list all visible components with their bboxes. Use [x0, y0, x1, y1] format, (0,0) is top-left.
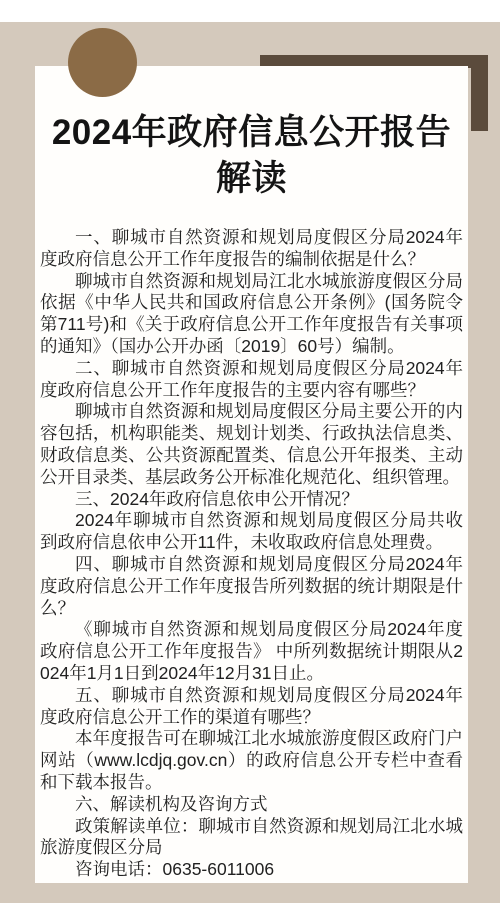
- page-title: 2024年政府信息公开报告解读: [40, 110, 463, 202]
- phone-number: 咨询电话：0635-6011006: [40, 859, 463, 881]
- section-paragraph: 本年度报告可在聊城江北水城旅游度假区政府门户网站（www.lcdjq.gov.c…: [40, 728, 463, 793]
- section-3: 三、2024年政府信息依申公开情况？ 2024年聊城市自然资源和规划局度假区分局…: [40, 489, 463, 554]
- section-2: 二、聊城市自然资源和规划局度假区分局2024年度政府信息公开工作年度报告的主要内…: [40, 358, 463, 489]
- section-paragraph: 2024年聊城市自然资源和规划局度假区分局共收到政府信息依申公开11件，未收取政…: [40, 510, 463, 554]
- content-card: 2024年政府信息公开报告解读 一、聊城市自然资源和规划局度假区分局2024年度…: [35, 66, 468, 883]
- section-heading: 六、解读机构及咨询方式: [40, 794, 463, 816]
- section-heading: 二、聊城市自然资源和规划局度假区分局2024年度政府信息公开工作年度报告的主要内…: [40, 358, 463, 402]
- report-content: 一、聊城市自然资源和规划局度假区分局2024年度政府信息公开工作年度报告的编制依…: [40, 227, 463, 881]
- section-paragraph: 聊城市自然资源和规划局江北水城旅游度假区分局依据《中华人民共和国政府信息公开条例…: [40, 271, 463, 358]
- section-paragraph: 聊城市自然资源和规划局度假区分局主要公开的内容包括，机构职能类、规划计划类、行政…: [40, 401, 463, 488]
- section-paragraph: 《聊城市自然资源和规划局度假区分局2024年度政府信息公开工作年度报告》 中所列…: [40, 619, 463, 684]
- section-heading: 三、2024年政府信息依申公开情况？: [40, 489, 463, 511]
- section-heading: 四、聊城市自然资源和规划局度假区分局2024年度政府信息公开工作年度报告所列数据…: [40, 554, 463, 619]
- policy-interpretation-unit: 政策解读单位：聊城市自然资源和规划局江北水城旅游度假区分局: [40, 816, 463, 860]
- section-1: 一、聊城市自然资源和规划局度假区分局2024年度政府信息公开工作年度报告的编制依…: [40, 227, 463, 358]
- circle-decoration: [68, 28, 137, 97]
- corner-bracket-vertical: [471, 55, 488, 131]
- section-heading: 一、聊城市自然资源和规划局度假区分局2024年度政府信息公开工作年度报告的编制依…: [40, 227, 463, 271]
- section-5: 五、聊城市自然资源和规划局度假区分局2024年度政府信息公开工作的渠道有哪些？ …: [40, 685, 463, 794]
- section-6: 六、解读机构及咨询方式 政策解读单位：聊城市自然资源和规划局江北水城旅游度假区分…: [40, 794, 463, 881]
- section-heading: 五、聊城市自然资源和规划局度假区分局2024年度政府信息公开工作的渠道有哪些？: [40, 685, 463, 729]
- section-4: 四、聊城市自然资源和规划局度假区分局2024年度政府信息公开工作年度报告所列数据…: [40, 554, 463, 685]
